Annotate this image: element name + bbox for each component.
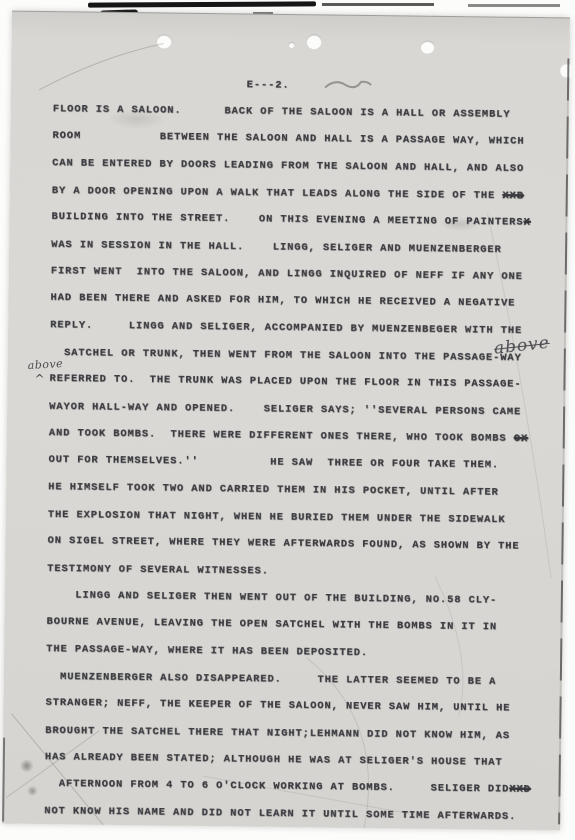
typed-line-text: E---2. bbox=[247, 79, 290, 91]
overstruck-text: OX bbox=[514, 433, 528, 445]
typed-line-text: TESTIMONY OF SEVERAL WITNESSES. bbox=[47, 563, 269, 578]
overstruck-text: XXD bbox=[509, 783, 531, 795]
typed-line-text: THE PASSAGE-WAY, WHERE IT HAS BEEN DEPOS… bbox=[46, 643, 368, 659]
typewritten-text: E---2.FLOOR IS A SALOON. BACK OF THE SAL… bbox=[44, 76, 543, 838]
scan-edge-streak bbox=[468, 4, 560, 7]
typed-line: NOT KNOW HIS NAME AND DID NOT LEARN IT U… bbox=[44, 805, 534, 838]
overstruck-text: X bbox=[523, 216, 530, 228]
handwritten-margin-above: above bbox=[27, 357, 63, 372]
ink-smudge bbox=[19, 760, 35, 772]
typewritten-page: E---2.FLOOR IS A SALOON. BACK OF THE SAL… bbox=[2, 11, 570, 831]
scanned-document-photo: E---2.FLOOR IS A SALOON. BACK OF THE SAL… bbox=[0, 0, 575, 840]
ink-smudge bbox=[26, 786, 38, 796]
scan-edge-streak bbox=[322, 3, 434, 6]
insertion-caret-mark: ^ bbox=[34, 372, 44, 386]
scan-edge-streak bbox=[88, 1, 316, 7]
overstruck-text: XXB bbox=[502, 190, 524, 202]
